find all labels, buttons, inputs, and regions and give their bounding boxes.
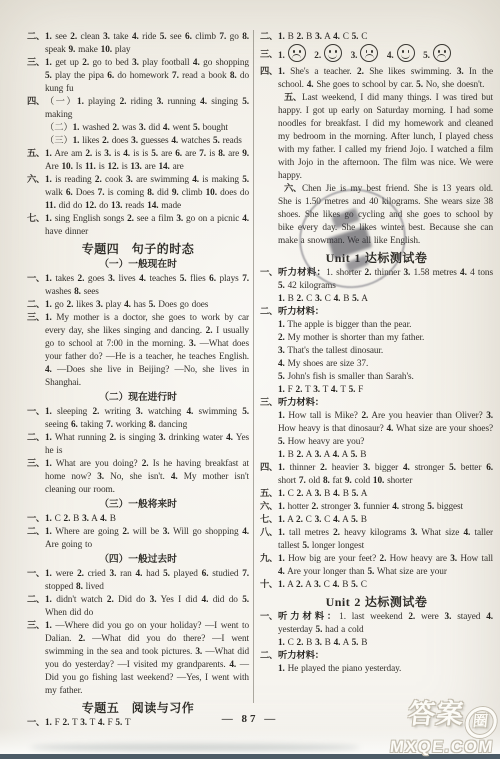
answer-line: 七、1. sing English songs 2. see a film 3.… — [27, 213, 249, 239]
answer-text: 1. sleeping 2. writing 3. watching 4. sw… — [45, 407, 249, 430]
subsection-header: （一）一般现在时 — [27, 258, 249, 272]
answer-circle-watermark: 答案圈 MXQE.COM — [389, 700, 499, 757]
answer-text: 1. get up 2. go to bed 3. play football … — [45, 58, 249, 94]
answer-line: 一、1. C 2. B 3. A 4. B — [27, 513, 249, 526]
answer-text: 1. F 2. T 3. T 4. T 5. F — [278, 385, 363, 395]
answer-text: 1. She's a teacher. 2. She likes swimmin… — [278, 67, 493, 90]
answer-text: 1. He played the piano yesterday. — [278, 664, 401, 674]
answer-text: 1. didn't watch 2. Did do 3. Yes I did 4… — [45, 595, 249, 618]
item-marker: 一、 — [27, 513, 45, 526]
item-marker: 二、 — [27, 432, 45, 445]
item-marker: 四、 — [260, 66, 278, 79]
answer-text: 听力材料： — [278, 651, 324, 661]
answer-text: 听力材料：1. last weekend 2. were 3. stayed 4… — [278, 612, 493, 635]
answer-line: 三、听力材料： — [260, 397, 493, 410]
answer-text: （三）1. likes 2. does 3. guesses 4. watche… — [45, 136, 242, 146]
answer-line: 四、1. She's a teacher. 2. She likes swimm… — [260, 66, 493, 92]
face-option-number: 3. — [351, 51, 358, 61]
faces-answer-line: 三、1.2.3.4.5. — [260, 44, 493, 66]
answer-continuation-line: 4. My shoes are size 37. — [260, 358, 493, 371]
answer-continuation-line: （二）1. washed 2. was 3. did 4. went 5. bo… — [27, 122, 249, 135]
answer-continuation-line: （三）1. likes 2. does 3. guesses 4. watche… — [27, 135, 249, 148]
watermark-circled-char: 圈 — [472, 710, 491, 734]
answer-text: 2. My mother is shorter than my father. — [278, 333, 424, 343]
face-option: 1. — [278, 44, 306, 67]
face-option-number: 1. — [278, 51, 285, 61]
answer-line: 二、1. didn't watch 2. Did do 3. Yes I did… — [27, 594, 249, 620]
answer-line: 七、1. A 2. C 3. C 4. A 5. B — [260, 514, 493, 527]
item-marker: 三、 — [260, 44, 278, 66]
answer-text: 1. —Where did you go on your holiday? —I… — [45, 621, 249, 696]
item-marker: 二、 — [27, 31, 45, 44]
item-marker: 二、 — [27, 594, 45, 607]
answer-line: 四、1. thinner 2. heavier 3. bigger 4. str… — [260, 462, 493, 488]
item-marker: 五、 — [260, 92, 302, 105]
face-option-number: 4. — [387, 51, 394, 61]
answer-continuation-line: 1. C 2. B 3. B 4. A 5. B — [260, 637, 493, 650]
answer-line: 二、1. Where are going 2. will be 3. Will … — [27, 526, 249, 552]
item-marker: 六、 — [27, 174, 45, 187]
answer-line: 八、1. tall metres 2. heavy kilograms 3. W… — [260, 527, 493, 553]
face-option: 2. — [314, 44, 342, 67]
answer-text: 1. B 2. A 3. A 4. A 5. B — [278, 450, 366, 460]
answer-line: 十、1. A 2. A 3. C 4. B 5. C — [260, 579, 493, 592]
item-marker: 二、 — [260, 31, 278, 44]
answer-text: 1. takes 2. goes 3. lives 4. teaches 5. … — [45, 274, 249, 297]
happy-face-icon — [324, 44, 342, 62]
answer-line: 一、1. sleeping 2. writing 3. watching 4. … — [27, 406, 249, 432]
answer-text: 1. C 2. A 3. B 4. B 5. A — [278, 489, 367, 499]
answer-text: 3. That's the tallest dinosaur. — [278, 346, 383, 356]
item-marker: 三、 — [260, 397, 278, 410]
answer-text: 1. B 2. B 3. A 4. C 5. C — [278, 32, 367, 42]
answer-continuation-line: 1. The apple is bigger than the pear. — [260, 319, 493, 332]
happy-face-icon — [397, 44, 415, 62]
item-marker: 六、 — [260, 183, 302, 196]
answer-text: （二）1. washed 2. was 3. did 4. went 5. bo… — [45, 123, 228, 133]
answer-text: 1. see 2. clean 3. take 4. ride 5. see 6… — [45, 32, 249, 55]
item-marker: 一、 — [27, 273, 45, 286]
item-marker: 八、 — [260, 527, 278, 540]
answer-text: 1. Where are going 2. will be 3. Will go… — [45, 527, 249, 550]
item-marker: 七、 — [260, 514, 278, 527]
face-option: 3. — [351, 44, 379, 67]
answer-text: 1. were 2. cried 3. ran 4. had 5. played… — [45, 569, 249, 592]
item-marker: 五、 — [260, 488, 278, 501]
answer-line: 三、1. My mother is a doctor, she goes to … — [27, 312, 249, 390]
subsection-header: （二）现在进行时 — [27, 391, 249, 405]
face-option: 5. — [423, 44, 451, 67]
answer-continuation-line: 2. My mother is shorter than my father. — [260, 332, 493, 345]
answer-line: 六、1. hotter 2. stronger 3. funnier 4. st… — [260, 501, 493, 514]
answer-text: （二）现在进行时 — [99, 392, 177, 403]
item-marker: 三、 — [27, 312, 45, 325]
answer-line: 二、听力材料： — [260, 306, 493, 319]
answer-text: 1. A 2. C 3. C 4. A 5. B — [278, 515, 367, 525]
answer-text: 1. tall metres 2. heavy kilograms 3. Wha… — [278, 528, 493, 551]
answer-line: 一、1. were 2. cried 3. ran 4. had 5. play… — [27, 568, 249, 594]
answer-text: 1. B 2. C 3. C 4. B 5. A — [278, 294, 368, 304]
item-marker: 三、 — [27, 458, 45, 471]
watermark-brand: 答案圈 — [391, 700, 499, 738]
answer-continuation-line: 1. B 2. A 3. A 4. A 5. B — [260, 449, 493, 462]
page-edge-shadow — [30, 744, 360, 751]
item-marker: 九、 — [260, 553, 278, 566]
answer-continuation-line: 1. B 2. C 3. C 4. B 5. A — [260, 293, 493, 306]
answer-line: 四、（一）1. playing 2. riding 3. running 4. … — [27, 96, 249, 122]
item-marker: 一、 — [260, 611, 278, 624]
answer-line: 三、1. —Where did you go on your holiday? … — [27, 620, 249, 698]
answer-line: 二、1. What running 2. is singing 3. drink… — [27, 432, 249, 458]
item-marker: 三、 — [27, 57, 45, 70]
answer-text: 4. My shoes are size 37. — [278, 359, 368, 369]
left-column: 二、1. see 2. clean 3. take 4. ride 5. see… — [27, 31, 249, 730]
item-marker: 二、 — [27, 526, 45, 539]
answer-line: 五、1. C 2. A 3. B 4. B 5. A — [260, 488, 493, 501]
item-marker: 二、 — [27, 299, 45, 312]
answer-continuation-line: 1. F 2. T 3. T 4. T 5. F — [260, 384, 493, 397]
item-marker: 五、 — [27, 148, 45, 161]
answer-text: 1. My mother is a doctor, she goes to wo… — [45, 313, 249, 388]
item-marker: 一、 — [260, 267, 278, 280]
answer-text: 1. The apple is bigger than the pear. — [278, 320, 411, 330]
answer-continuation-line: 1. He played the piano yesterday. — [260, 663, 493, 676]
answer-text: （四）一般过去时 — [99, 554, 177, 565]
answer-text: 听力材料： — [278, 307, 324, 317]
answer-text: Last weekend, I did many things. I was t… — [278, 93, 493, 181]
sad-face-icon — [288, 44, 306, 62]
right-column: 二、1. B 2. B 3. A 4. C 5. C三、1.2.3.4.5.四、… — [260, 31, 493, 676]
answer-continuation-line: 5. John's fish is smaller than Sarah's. — [260, 371, 493, 384]
section-header: Unit 2 达标测试卷 — [260, 594, 493, 610]
item-marker: 十、 — [260, 579, 278, 592]
column-divider — [253, 30, 254, 703]
item-marker: 七、 — [27, 213, 45, 226]
answer-text: 1. hotter 2. stronger 3. funnier 4. stro… — [278, 502, 463, 512]
answer-text: 1. What are you doing? 2. Is he having b… — [45, 459, 249, 495]
answer-line: 一、1. takes 2. goes 3. lives 4. teaches 5… — [27, 273, 249, 299]
answer-text: 1. C 2. B 3. A 4. B — [45, 514, 116, 524]
answer-text: （一）1. playing 2. riding 3. running 4. si… — [45, 97, 249, 120]
textbook-answer-page: 二、1. see 2. clean 3. take 4. ride 5. see… — [0, 0, 500, 759]
sad-face-icon — [433, 44, 451, 62]
answer-text: 1. is reading 2. cook 3. are swimming 4.… — [45, 175, 249, 211]
answer-line: 二、1. B 2. B 3. A 4. C 5. C — [260, 31, 493, 44]
item-marker: 一、 — [27, 406, 45, 419]
answer-text: （三）一般将来时 — [99, 499, 177, 510]
answer-text: 1. A 2. A 3. C 4. B 5. C — [278, 580, 367, 590]
face-option-number: 5. — [423, 51, 430, 61]
answer-text: 听力材料： — [278, 398, 324, 408]
answer-line: 九、1. How big are your feet? 2. How heavy… — [260, 553, 493, 579]
answer-line: 二、1. go 2. likes 3. play 4. has 5. Does … — [27, 299, 249, 312]
answer-text: Unit 2 达标测试卷 — [326, 595, 428, 609]
paragraph-answer: 五、Last weekend, I did many things. I was… — [260, 92, 493, 183]
answer-continuation-line: 1. How tall is Mike? 2. Are you heavier … — [260, 410, 493, 449]
answer-text: 1. Are am 2. is 3. is 4. is is 5. are 6.… — [45, 149, 249, 172]
item-marker: 三、 — [27, 620, 45, 633]
answer-text: 5. John's fish is smaller than Sarah's. — [278, 372, 414, 382]
answer-line: 二、1. see 2. clean 3. take 4. ride 5. see… — [27, 31, 249, 57]
section-header: 专题四 句子的时态 — [27, 241, 249, 257]
answer-text: 1. go 2. likes 3. play 4. has 5. Does go… — [45, 300, 208, 310]
sad-face-icon — [360, 44, 378, 62]
face-option: 4. — [387, 44, 415, 67]
watermark-logo-icon: 圈 — [464, 707, 498, 738]
item-marker: 四、 — [260, 462, 278, 475]
watermark-site-url: MXQE.COM — [389, 738, 495, 757]
watermark-brand-text: 答案 — [407, 699, 466, 729]
answer-text: 1. sing English songs 2. see a film 3. g… — [45, 214, 249, 237]
item-marker: 四、 — [27, 96, 45, 109]
answer-continuation-line: 3. That's the tallest dinosaur. — [260, 345, 493, 358]
answer-text: 1. thinner 2. heavier 3. bigger 4. stron… — [278, 463, 493, 486]
answer-text: 1. How big are your feet? 2. How heavy a… — [278, 554, 493, 577]
item-marker: 二、 — [260, 650, 278, 663]
answer-line: 五、1. Are am 2. is 3. is 4. is is 5. are … — [27, 148, 249, 174]
item-marker: 一、 — [27, 568, 45, 581]
answer-line: 三、1. What are you doing? 2. Is he having… — [27, 458, 249, 497]
answer-line: 一、听力材料：1. last weekend 2. were 3. stayed… — [260, 611, 493, 637]
answer-line: 六、1. is reading 2. cook 3. are swimming … — [27, 174, 249, 213]
answer-line: 二、听力材料： — [260, 650, 493, 663]
answer-text: 1. How tall is Mike? 2. Are you heavier … — [278, 411, 493, 447]
answer-line: 三、1. get up 2. go to bed 3. play footbal… — [27, 57, 249, 96]
item-marker: 六、 — [260, 501, 278, 514]
answer-text: 专题四 句子的时态 — [82, 242, 195, 256]
face-option-number: 2. — [314, 51, 321, 61]
answer-text: 1. What running 2. is singing 3. drinkin… — [45, 433, 249, 456]
subsection-header: （四）一般过去时 — [27, 553, 249, 567]
answer-text: 1. C 2. B 3. B 4. A 5. B — [278, 638, 367, 648]
subsection-header: （三）一般将来时 — [27, 498, 249, 512]
answer-text: （一）一般现在时 — [99, 259, 177, 270]
item-marker: 二、 — [260, 306, 278, 319]
